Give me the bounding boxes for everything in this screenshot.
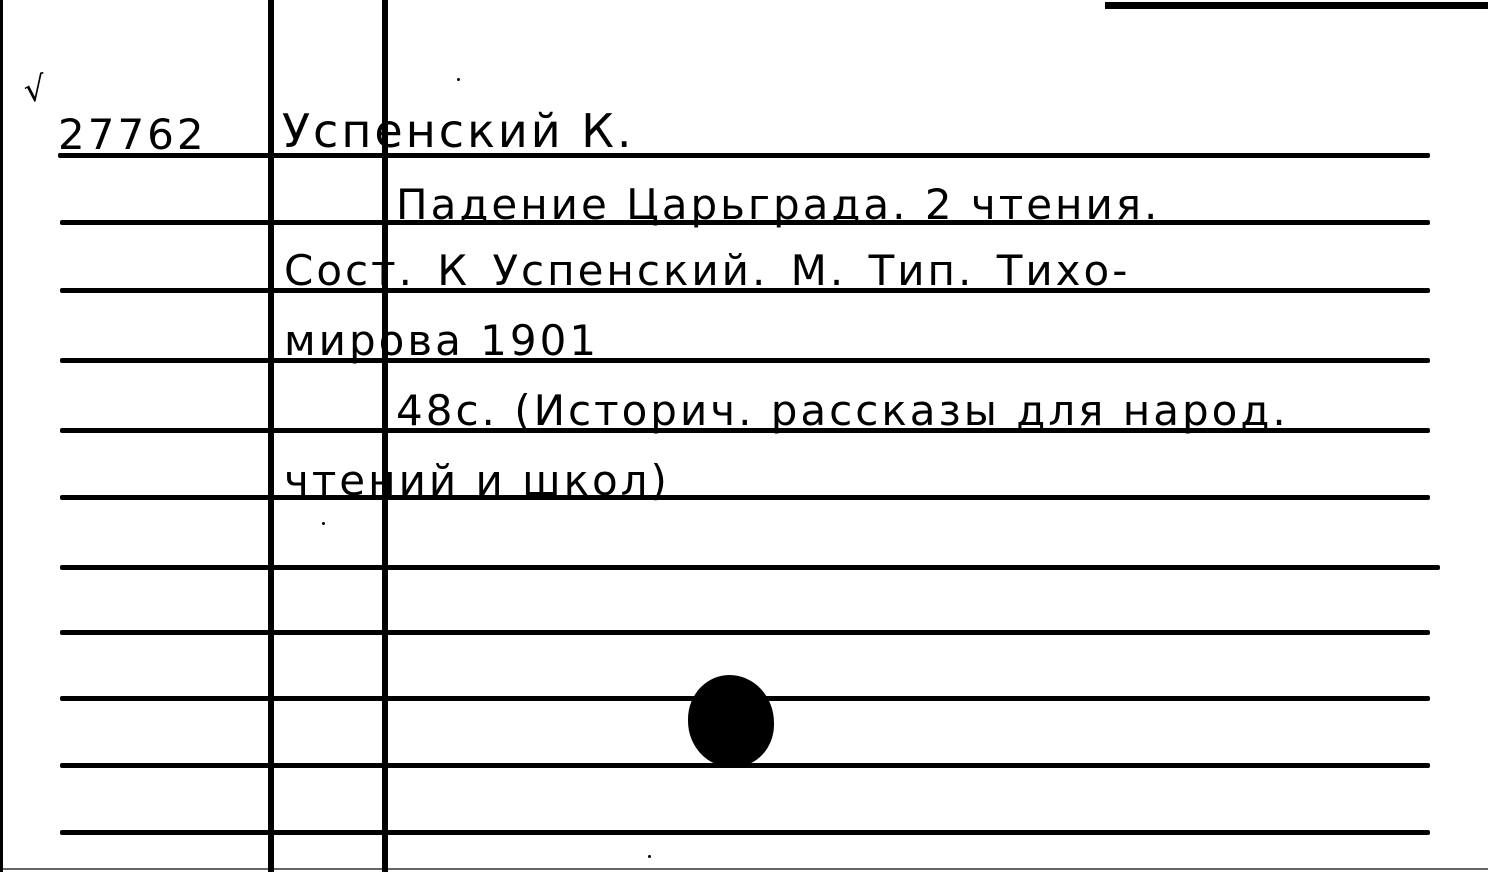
collation-line: 48с. (Историч. рассказы для народ. — [396, 390, 1289, 432]
ruled-line — [60, 495, 1430, 500]
card-bottom-edge — [0, 868, 1488, 870]
title-line: Падение Царьграда. 2 чтения. — [396, 184, 1160, 226]
card-top-edge — [1105, 2, 1488, 9]
speck — [322, 522, 325, 525]
ruled-line — [58, 153, 1430, 158]
catalog-card: √ 27762 Успенский К. Падение Царьграда. … — [0, 0, 1488, 872]
imprint-line: мирова 1901 — [284, 320, 599, 362]
call-number: 27762 — [58, 114, 207, 156]
ruled-line — [60, 358, 1430, 363]
punch-hole — [688, 675, 774, 767]
series-line: чтений и школ) — [284, 460, 670, 502]
checkmark-icon: √ — [21, 69, 48, 112]
ruled-line — [60, 830, 1430, 835]
card-left-edge — [0, 0, 3, 872]
speck — [457, 78, 460, 81]
statement-line: Сост. К Успенский. М. Тип. Тихо- — [284, 250, 1130, 292]
author-heading: Успенский К. — [282, 108, 635, 154]
speck — [648, 855, 651, 858]
ruled-line — [60, 565, 1440, 570]
margin-rule-1 — [268, 0, 274, 872]
ruled-line — [60, 630, 1430, 635]
